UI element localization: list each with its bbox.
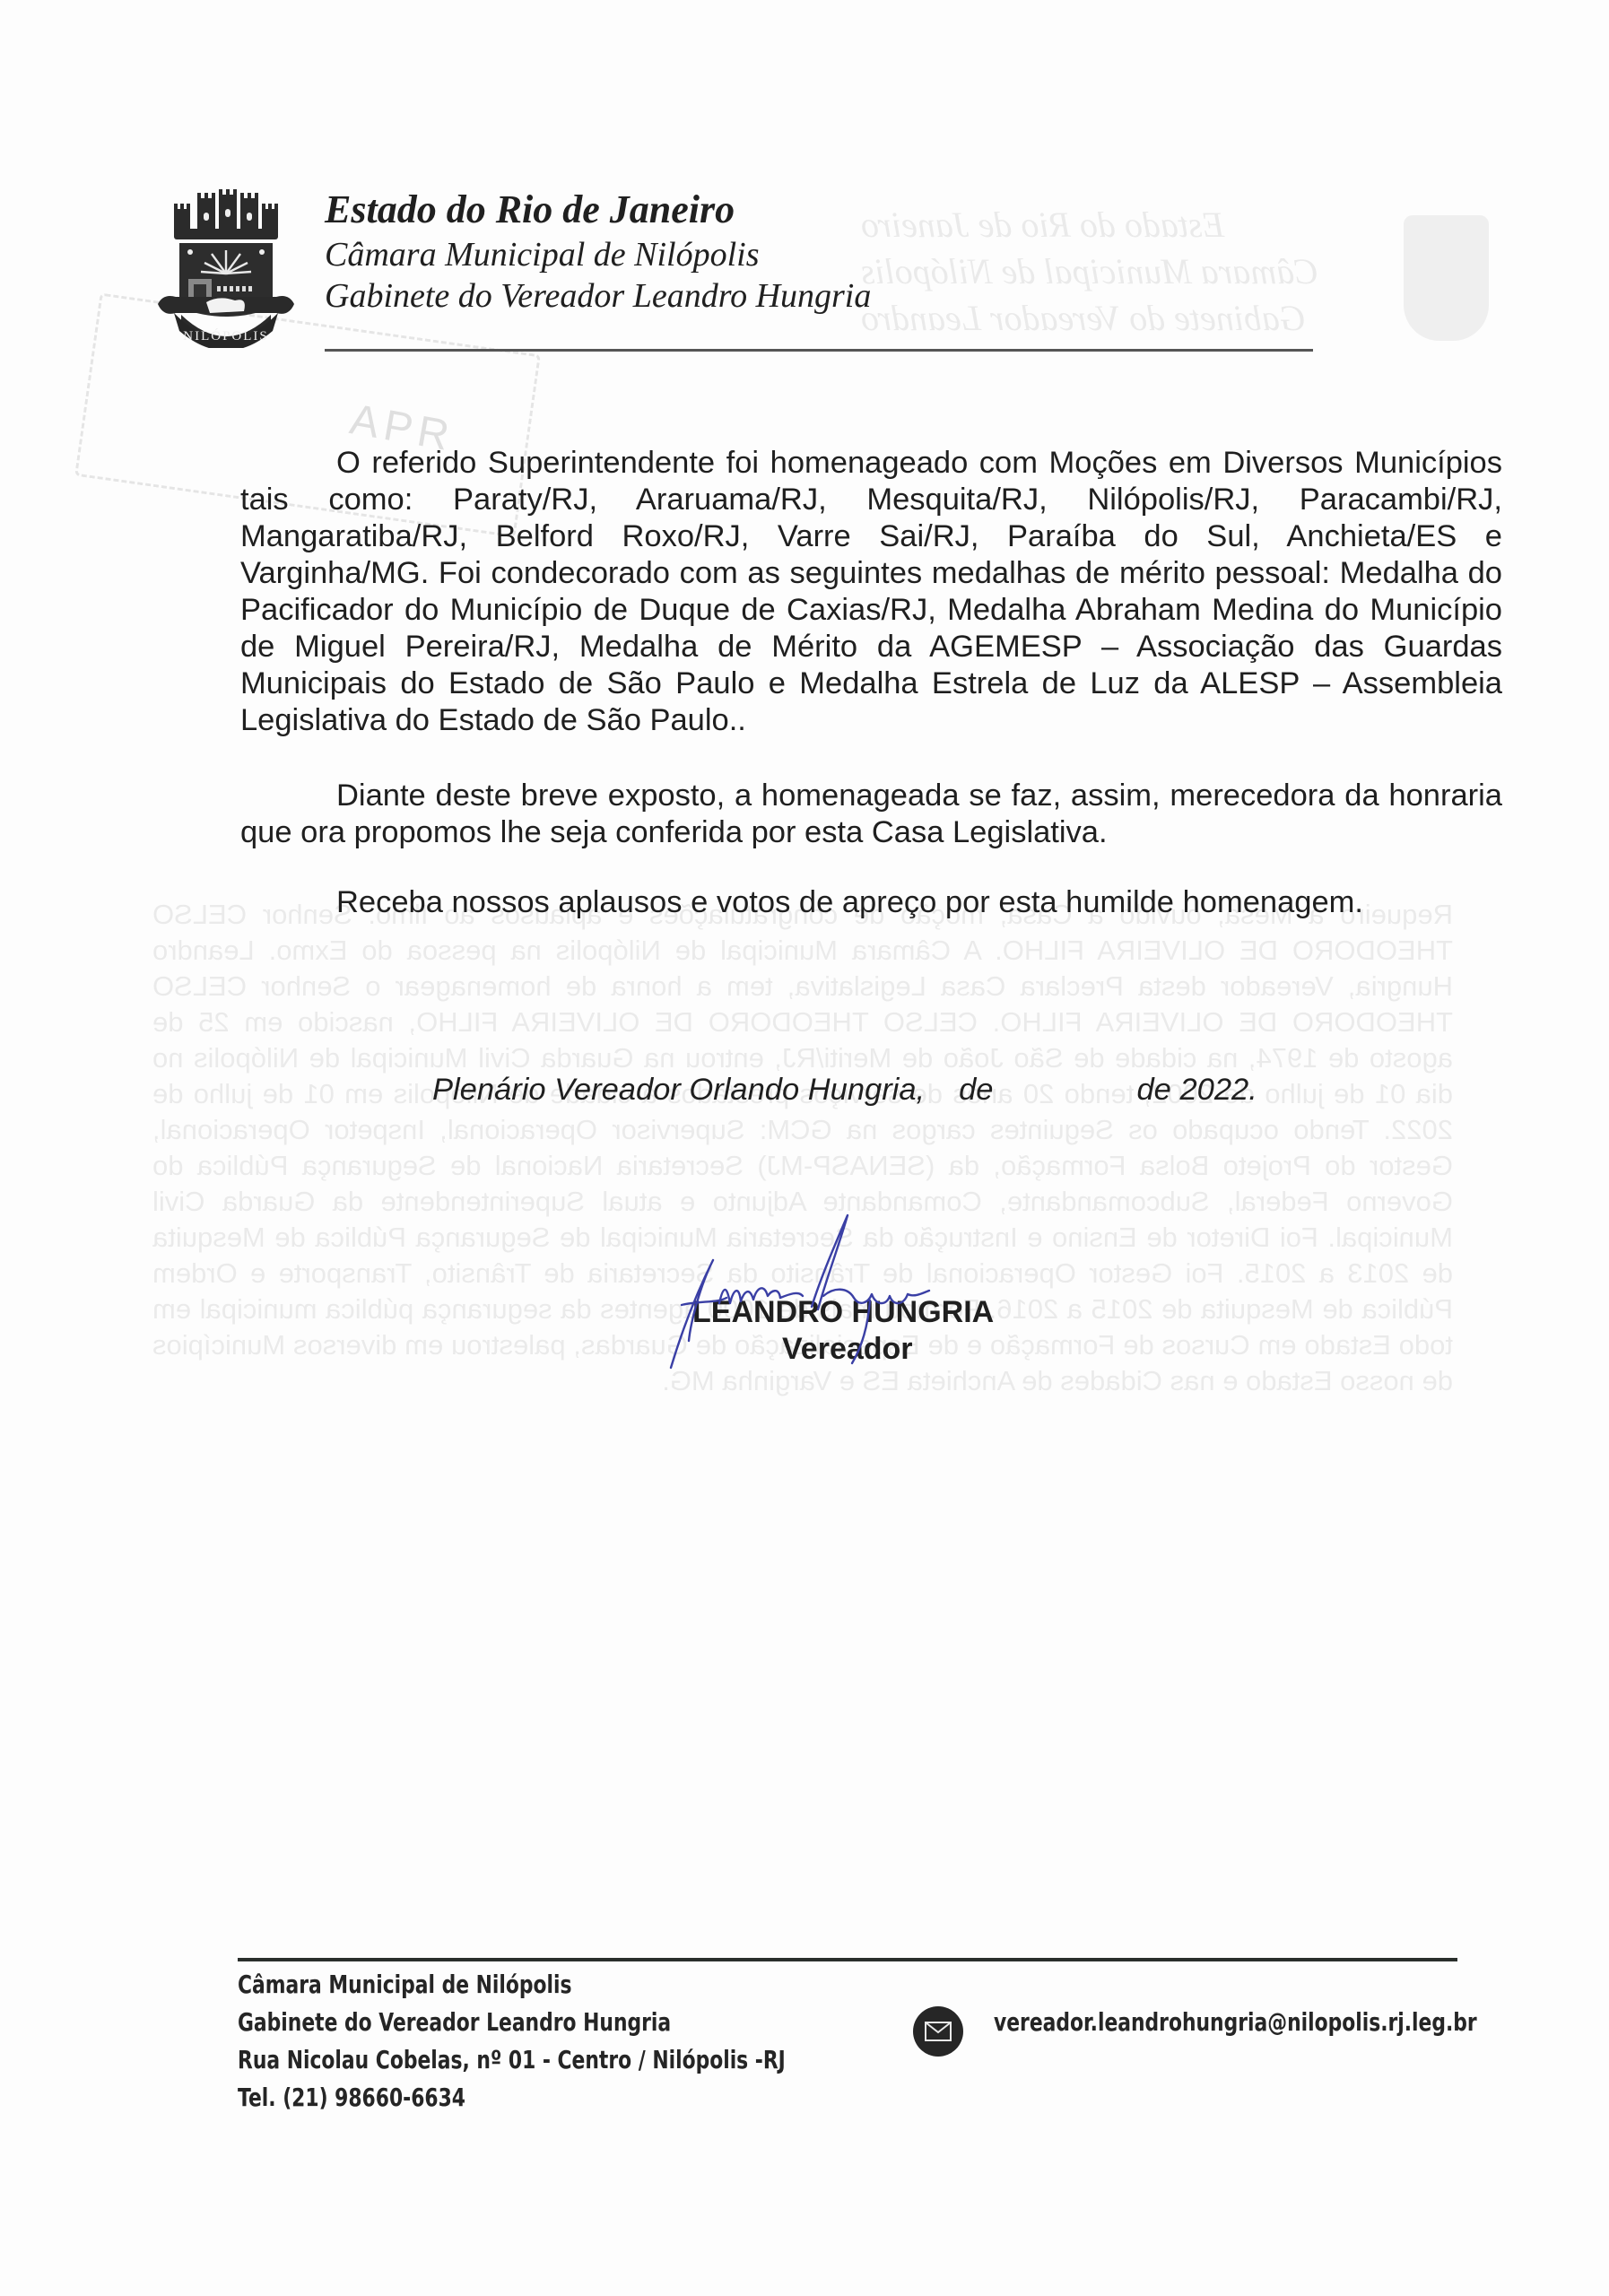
bleed-header-line: Câmara Municipal de Nilópolis bbox=[861, 248, 1363, 295]
bleed-header-line: Estado do Rio de Janeiro bbox=[861, 202, 1363, 248]
handwritten-signature bbox=[664, 1197, 1022, 1377]
footer-email-link[interactable]: vereador.leandrohungria@nilopolis.rj.leg… bbox=[994, 2007, 1477, 2037]
footer-chamber: Câmara Municipal de Nilópolis bbox=[238, 1970, 571, 1999]
footer-divider bbox=[238, 1958, 1457, 1961]
header-state: Estado do Rio de Janeiro bbox=[325, 187, 735, 232]
paragraph-conclusion: Diante deste breve exposto, a homenagead… bbox=[240, 778, 1502, 851]
header-divider bbox=[325, 349, 1313, 352]
date-day-prefix: de bbox=[959, 1073, 993, 1108]
footer-phone: Tel. (21) 98660-6634 bbox=[238, 2083, 465, 2112]
footer-office: Gabinete do Vereador Leandro Hungria bbox=[238, 2007, 671, 2037]
paragraph-applause: Receba nossos aplausos e votos de apreço… bbox=[240, 884, 1502, 921]
date-year: de 2022. bbox=[1137, 1073, 1257, 1108]
bleed-through-crest bbox=[1404, 215, 1489, 341]
nilopolis-crest-logo: NILÓPOLIS bbox=[154, 182, 298, 348]
header-office: Gabinete do Vereador Leandro Hungria bbox=[325, 276, 871, 316]
envelope-icon bbox=[913, 2006, 963, 2057]
bleed-header-line: Gabinete do Vereador Leandro bbox=[861, 295, 1363, 342]
footer-address: Rua Nicolau Cobelas, nº 01 - Centro / Ni… bbox=[238, 2045, 786, 2074]
date-line: Plenário Vereador Orlando Hungria,dede 2… bbox=[432, 1073, 1257, 1108]
bleed-through-header: Estado do Rio de Janeiro Câmara Municipa… bbox=[861, 202, 1363, 342]
svg-text:NILÓPOLIS: NILÓPOLIS bbox=[183, 328, 269, 344]
date-place: Plenário Vereador Orlando Hungria, bbox=[432, 1073, 925, 1108]
header-chamber: Câmara Municipal de Nilópolis bbox=[325, 235, 760, 274]
paragraph-honors: O referido Superintendente foi homenagea… bbox=[240, 445, 1502, 739]
